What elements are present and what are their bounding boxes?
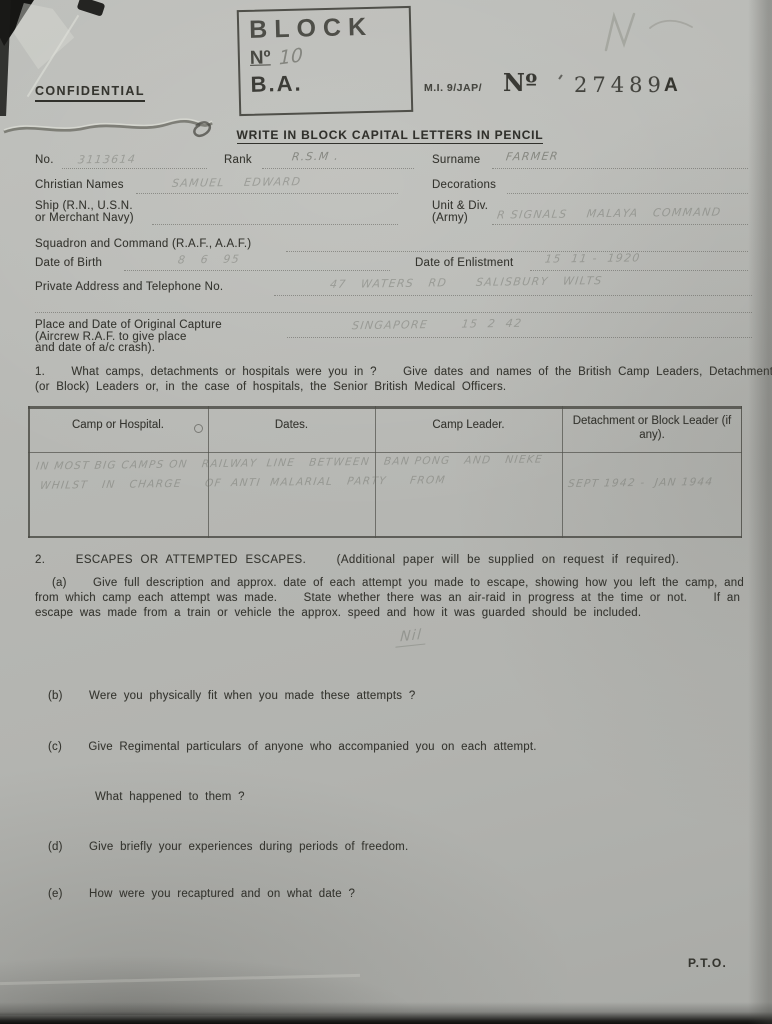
field-no-label: No. <box>35 154 54 166</box>
field-rank-label: Rank <box>224 154 252 166</box>
field-christian-names-line <box>136 193 398 194</box>
scan-edge-top-mark <box>77 0 106 17</box>
table-header-leader: Camp Leader. <box>375 419 562 431</box>
table-header-dates: Dates. <box>208 419 375 431</box>
ref-series-letter: A <box>664 75 679 97</box>
field-surname-value: FARMER <box>505 150 559 164</box>
field-address-value: 47 WATERS RD SALISBURY WILTS <box>329 274 603 291</box>
pencil-scribble-curve <box>648 16 694 34</box>
table-entry-line1: IN MOST BIG CAMPS ON RAILWAY LINE BETWEE… <box>35 453 543 472</box>
question2d-text: (d) Give briefly your experiences during… <box>48 841 408 853</box>
field-enlistment-value: 15 11 - 1920 <box>544 251 641 265</box>
table-header-detachment: Detachment or Block Leader (if any). <box>572 414 732 442</box>
field-no-value: 3113614 <box>77 153 137 167</box>
field-ship-label-line2: or Merchant Navy) <box>35 212 134 224</box>
question1-text-line2: (or Block) Leaders or, in the case of ho… <box>35 381 506 393</box>
ref-no-symbol: Nº <box>503 68 537 97</box>
field-unit-line <box>492 224 748 225</box>
field-no-line <box>62 168 207 169</box>
field-ship-label-line1: Ship (R.N., U.S.N. <box>35 200 133 212</box>
field-dob-line <box>124 270 390 271</box>
question2a-line3: escape was made from a train or vehicle … <box>35 607 641 619</box>
field-christian-names-value: SAMUEL EDWARD <box>171 175 302 190</box>
field-unit-label-line1: Unit & Div. <box>432 200 488 212</box>
field-surname-label: Surname <box>432 154 480 166</box>
question2a-line2: from which camp each attempt was made. S… <box>35 592 740 604</box>
thread-artifact <box>0 104 230 150</box>
question1-text-line1: 1. What camps, detachments or hospitals … <box>35 366 772 378</box>
field-decorations-label: Decorations <box>432 179 496 191</box>
pto-label: P.T.O. <box>688 956 727 970</box>
scanned-pow-questionnaire-page: CONFIDENTIAL BLOCK Nº10 B.A. M.I. 9/JAP/… <box>0 0 772 1024</box>
field-dob-label: Date of Birth <box>35 257 102 269</box>
question2a-line1: (a) Give full description and approx. da… <box>52 577 744 589</box>
field-decorations-line <box>507 193 748 194</box>
instruction-heading-wrap: WRITE IN BLOCK CAPITAL LETTERS IN PENCIL <box>190 126 590 144</box>
field-christian-names-label: Christian Names <box>35 179 124 191</box>
table-entry-dates: SEPT 1942 - JAN 1944 <box>567 476 714 490</box>
field-enlistment-label: Date of Enlistment <box>415 257 513 269</box>
table-border-bottom <box>28 536 742 538</box>
table-column-divider-3 <box>562 406 563 538</box>
field-address-label: Private Address and Telephone No. <box>35 281 223 293</box>
field-capture-label-line3: and date of a/c crash). <box>35 342 155 354</box>
field-rank-value: R.S.M . <box>291 150 340 164</box>
stray-circle-mark <box>194 424 203 433</box>
question2c-followup-text: What happened to them ? <box>95 791 245 803</box>
question2e-text: (e) How were you recaptured and on what … <box>48 888 355 900</box>
pencil-scribble-n <box>600 10 650 60</box>
table-header-camp: Camp or Hospital. <box>28 419 208 431</box>
table-border-top <box>28 406 742 409</box>
ref-number: 27489 <box>574 73 666 97</box>
stray-tick-mark <box>558 74 563 79</box>
field-rank-line <box>262 168 414 169</box>
field-unit-value: R SIGNALS MALAYA COMMAND <box>496 205 722 221</box>
scan-edge-left-dark-strip <box>0 0 11 116</box>
table-border-right <box>741 406 743 538</box>
field-squadron-label: Squadron and Command (R.A.F., A.A.F.) <box>35 238 251 250</box>
ref-org-label: M.I. 9/JAP/ <box>424 82 482 94</box>
field-capture-line <box>287 337 752 338</box>
field-capture-label-line1: Place and Date of Original Capture <box>35 319 222 331</box>
camps-table: Camp or Hospital. Dates. Camp Leader. De… <box>28 406 742 538</box>
question2-heading: 2. ESCAPES OR ATTEMPTED ESCAPES. (Additi… <box>35 554 679 566</box>
field-address-continuation-line <box>35 312 752 313</box>
field-ship-line <box>152 224 398 225</box>
instruction-heading: WRITE IN BLOCK CAPITAL LETTERS IN PENCIL <box>237 128 544 144</box>
field-enlistment-line <box>530 270 748 271</box>
question2c-text: (c) Give Regimental particulars of anyon… <box>48 741 537 753</box>
table-entry-line2: WHILST IN CHARGE OF ANTI MALARIAL PARTY … <box>39 474 446 492</box>
field-dob-value: 8 6 95 <box>177 253 241 267</box>
field-capture-value: SINGAPORE 15 2 42 <box>351 317 523 332</box>
stamp-no-row: Nº10 <box>250 43 401 70</box>
stamp-block-word: BLOCK <box>249 12 400 45</box>
stamp-no-label: Nº <box>250 47 271 68</box>
question2b-text: (b) Were you physically fit when you mad… <box>48 690 415 702</box>
field-address-line <box>274 295 752 296</box>
field-surname-line <box>492 168 748 169</box>
stamp-no-value-handwritten: 10 <box>279 44 303 69</box>
stamp-ba-line: B.A. <box>250 68 401 98</box>
scan-edge-bottom-dark <box>0 1002 772 1024</box>
table-header-divider <box>28 452 742 453</box>
question2a-answer-nil: Nil <box>395 626 426 647</box>
block-number-stamp: BLOCK Nº10 B.A. <box>237 6 414 116</box>
scan-edge-right-shade <box>748 0 772 1024</box>
field-unit-label-line2: (Army) <box>432 212 468 224</box>
field-squadron-line <box>286 251 748 252</box>
confidential-label: CONFIDENTIAL <box>35 84 145 102</box>
